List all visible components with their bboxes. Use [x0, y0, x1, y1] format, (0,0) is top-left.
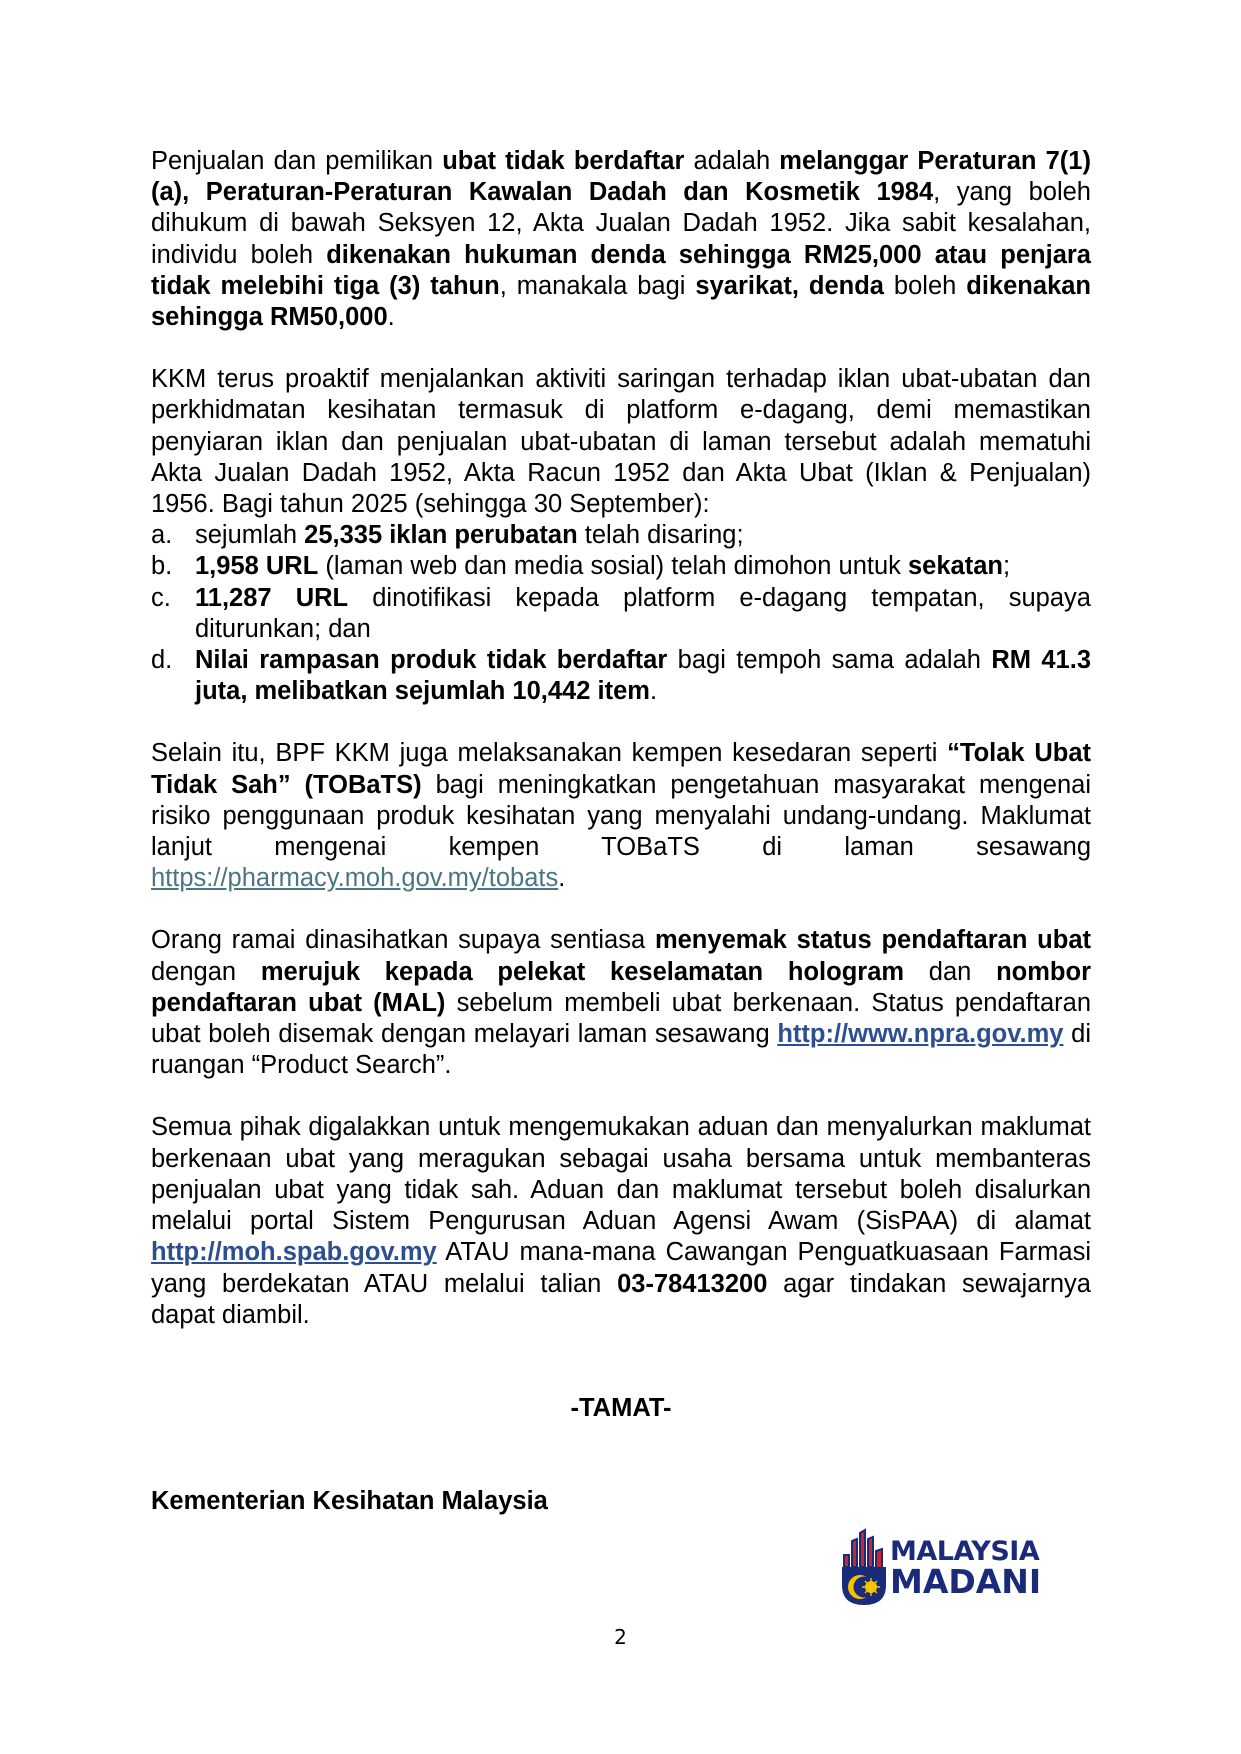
end-marker: -TAMAT- [151, 1393, 1091, 1424]
paragraph-advice: Orang ramai dinasihatkan supaya sentiasa… [151, 925, 1091, 1081]
list-item: d.Nilai rampasan produk tidak berdaftar … [151, 645, 1091, 707]
malaysia-madani-logo: MALAYSIA MADANI [840, 1527, 1070, 1607]
paragraph-campaign: Selain itu, BPF KKM juga melaksanakan ke… [151, 738, 1091, 894]
paragraph-penalty: Penjualan dan pemilikan ubat tidak berda… [151, 146, 1091, 333]
tobats-link[interactable]: https://pharmacy.moh.gov.my/tobats [151, 864, 558, 892]
paragraph-screening: KKM terus proaktif menjalankan aktiviti … [151, 364, 1091, 520]
statistics-list: a.sejumlah 25,335 iklan perubatan telah … [151, 520, 1091, 707]
list-item: a.sejumlah 25,335 iklan perubatan telah … [151, 520, 1091, 551]
npra-link[interactable]: http://www.npra.gov.my [777, 1020, 1063, 1048]
page-number: 2 [0, 1625, 1241, 1649]
spab-link[interactable]: http://moh.spab.gov.my [151, 1238, 437, 1266]
malaysia-madani-hand-icon [840, 1527, 890, 1607]
document-body: Penjualan dan pemilikan ubat tidak berda… [151, 146, 1091, 1517]
signature: Kementerian Kesihatan Malaysia [151, 1486, 1091, 1517]
logo-wordmark: MALAYSIA MADANI [890, 1537, 1041, 1597]
list-item: b.1,958 URL (laman web dan media sosial)… [151, 551, 1091, 582]
list-item: c.11,287 URL dinotifikasi kepada platfor… [151, 583, 1091, 645]
paragraph-complaints: Semua pihak digalakkan untuk mengemukaka… [151, 1112, 1091, 1330]
